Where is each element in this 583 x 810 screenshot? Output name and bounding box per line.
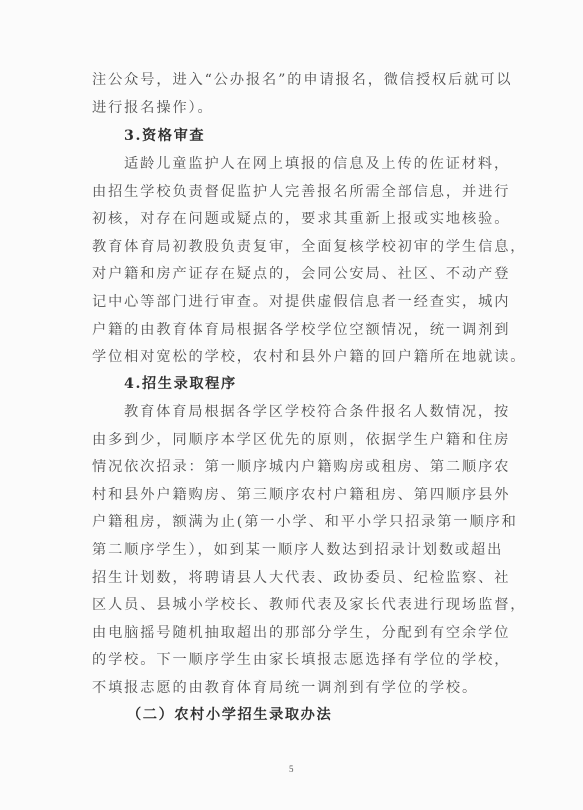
document-page: 注公众号，进入“公办报名”的申请报名，微信授权后就可以 进行报名操作）。 3.资…: [0, 0, 583, 810]
body-line-8: 对户籍和房产证存在疑点的，会同公安局、社区、不动产登: [92, 260, 510, 288]
body-line-22: 的学校。下一顺序学生由家长填报志愿选择有学位的学校，: [92, 646, 510, 674]
body-line-2: 进行报名操作）。: [92, 94, 214, 122]
body-line-14: 由多到少，同顺序本学区优先的原则，依据学生户籍和住房: [92, 426, 510, 454]
page-number: 5: [289, 764, 294, 774]
body-line-6: 初核，对存在问题或疑点的，要求其重新上报或实地核验。: [92, 205, 510, 233]
body-line-1: 注公众号，进入“公办报名”的申请报名，微信授权后就可以: [92, 66, 513, 94]
body-line-7: 教育体育局初教股负责复审，全面复核学校初审的学生信息，: [92, 233, 526, 261]
body-line-21: 由电脑摇号随机抽取超出的那部分学生，分配到有空余学位: [92, 619, 510, 647]
body-line-18: 第二顺序学生），如到某一顺序人数达到招录计划数或超出: [92, 536, 503, 564]
body-line-23: 不填报志愿的由教育体育局统一调剂到有学位的学校。: [92, 674, 478, 702]
body-line-9: 记中心等部门进行审查。对提供虚假信息者一经查实，城内: [92, 288, 510, 316]
body-line-11: 学位相对宽松的学校，农村和县外户籍的回户籍所在地就读。: [92, 343, 526, 371]
body-line-20: 区人员、县城小学校长、教师代表及家长代表进行现场监督，: [92, 591, 526, 619]
section-heading-admission-procedure: 4.招生录取程序: [124, 370, 237, 398]
body-line-13: 教育体育局根据各学区学校符合条件报名人数情况，按: [124, 398, 510, 426]
body-line-17: 户籍租房，额满为止(第一小学、和平小学只招录第一顺序和: [92, 508, 518, 536]
body-line-15: 情况依次招录：第一顺序城内户籍购房或租房、第二顺序农: [92, 453, 510, 481]
subsection-heading-rural-primary-admission: （二）农村小学招生录取办法: [127, 701, 332, 729]
body-line-16: 村和县外户籍购房、第三顺序农村户籍租房、第四顺序县外: [92, 481, 510, 509]
body-line-19: 招生计划数，将聘请县人大代表、政协委员、纪检监察、社: [92, 564, 510, 592]
body-line-10: 户籍的由教育体育局根据各学校学位空额情况，统一调剂到: [92, 316, 510, 344]
body-line-4: 适龄儿童监护人在网上填报的信息及上传的佐证材料，: [124, 150, 510, 178]
section-heading-qualification-review: 3.资格审查: [124, 122, 205, 150]
body-line-5: 由招生学校负责督促监护人完善报名所需全部信息，并进行: [92, 178, 510, 206]
